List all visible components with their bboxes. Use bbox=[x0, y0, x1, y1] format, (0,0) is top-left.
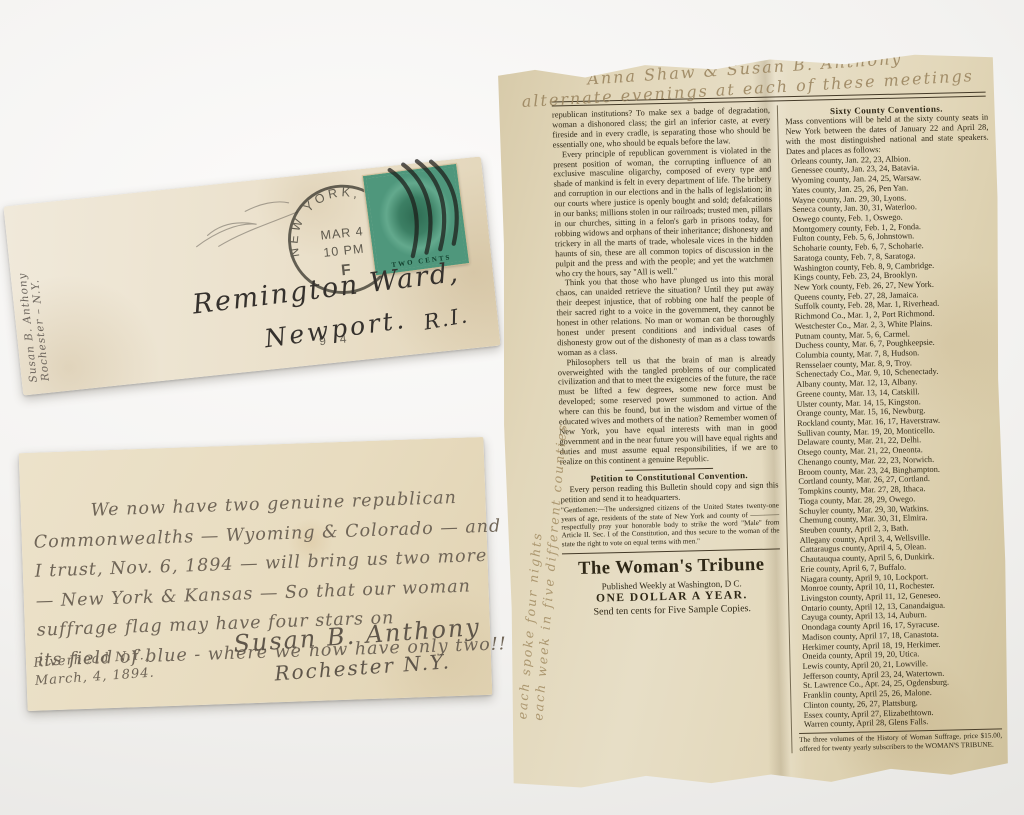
envelope-return-address: Susan B. Anthony Rochester – N.Y. bbox=[11, 217, 52, 383]
handwritten-card: We now have two genuine republicanCommon… bbox=[19, 437, 493, 711]
conventions-list: Orleans county, Jan. 22, 23, Albion.Gene… bbox=[786, 152, 1002, 730]
list-item: Philosophers tell us that the brain of m… bbox=[558, 353, 778, 467]
photo-backdrop: Susan B. Anthony Rochester – N.Y. NEW YO… bbox=[0, 0, 1024, 815]
envelope: Susan B. Anthony Rochester – N.Y. NEW YO… bbox=[3, 156, 500, 395]
left-column: republican institutions? To make sex a b… bbox=[552, 105, 792, 758]
card-dateline: Riverhead N.Y., March, 4, 1894. bbox=[33, 647, 155, 691]
editorial-paragraphs: republican institutions? To make sex a b… bbox=[552, 106, 778, 467]
svg-text:MAR 4: MAR 4 bbox=[320, 224, 364, 242]
publication-title: The Woman's Tribune bbox=[562, 555, 780, 581]
address-state: R.I. bbox=[422, 303, 471, 335]
list-item: Every principle of republican government… bbox=[553, 145, 774, 279]
petition-intro: Every person reading this Bulletin shoul… bbox=[560, 480, 778, 505]
list-item: republican institutions? To make sex a b… bbox=[552, 106, 771, 151]
list-item: Think you that those who have plunged us… bbox=[556, 274, 776, 358]
petition-text: "Gentlemen:—The undersigned citizens of … bbox=[561, 502, 780, 549]
clipping-columns: republican institutions? To make sex a b… bbox=[552, 101, 1003, 759]
subscription-footer: The three volumes of the History of Woma… bbox=[799, 728, 1002, 753]
right-column: Sixty County Conventions. Mass conventio… bbox=[778, 101, 1003, 754]
masthead: The Woman's Tribune Published Weekly at … bbox=[562, 549, 781, 619]
svg-text:10 PM: 10 PM bbox=[323, 242, 365, 260]
conventions-intro: Mass conventions will be held at the six… bbox=[785, 113, 989, 157]
publication-sample-offer: Send ten cents for Five Sample Copies. bbox=[563, 603, 781, 619]
newspaper-clipping: Anna Shaw & Susan B. Anthony alternate e… bbox=[495, 51, 1011, 790]
